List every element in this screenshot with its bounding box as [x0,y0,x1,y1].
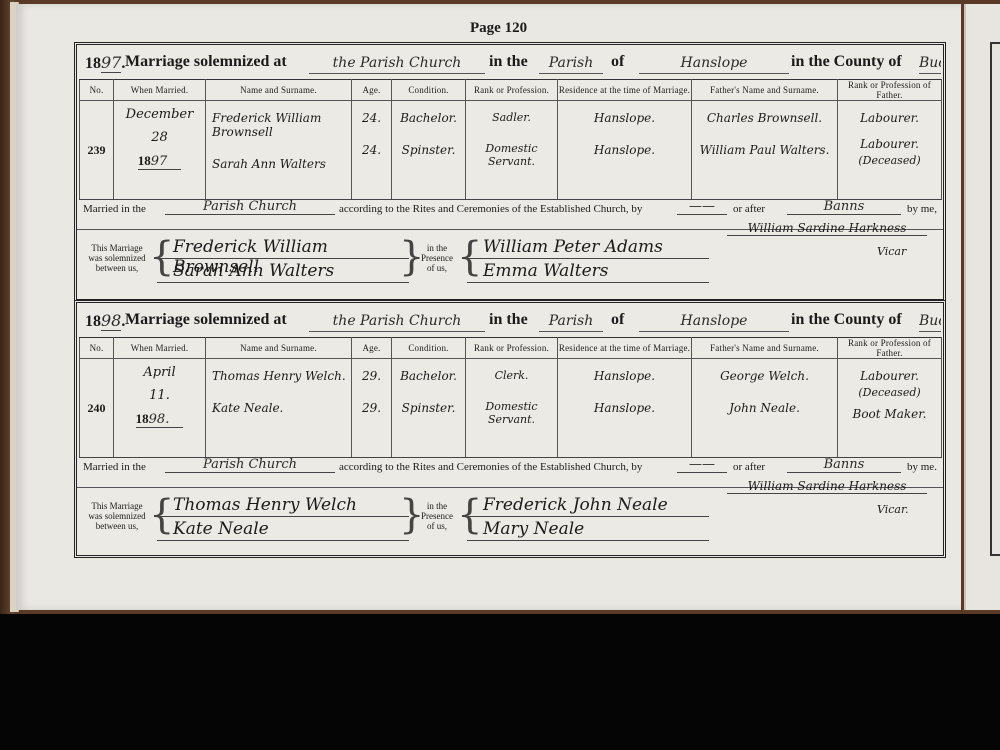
residences: Hanslope.Hanslope. [558,101,692,200]
label-or-after: or after [733,203,765,215]
column-header: No. [80,338,114,359]
column-header: Age. [352,338,392,359]
place-field: the Parish Church [309,53,485,74]
place-field: the Parish Church [309,311,485,332]
column-header: Name and Surname. [206,80,352,101]
label-of: of [611,311,624,329]
married-in-field: Parish Church [165,199,335,215]
label-by-me: by me. [907,461,937,473]
fathers: Charles Brownsell.William Paul Walters. [692,101,838,200]
groom-father: George Welch. [692,369,837,383]
label-rites: according to the Rites and Ceremonies of… [339,203,642,215]
label-married-in: Married in the [83,461,146,473]
column-header: Rank or Profession of Father. [838,80,942,101]
bride-profession: Domestic Servant. [466,400,557,426]
bride-profession: Domestic Servant. [466,142,557,168]
year: 1897 [138,153,182,170]
label-in-the: in the [489,311,528,329]
entry-year: 1897. [85,53,125,73]
groom-condition: Bachelor. [392,369,465,383]
column-header: Rank or Profession of Father. [838,338,942,359]
ages: 29.29. [352,359,392,458]
married-in-line: Married in the Parish Church according t… [83,457,937,479]
background [0,614,1000,750]
column-header: Age. [352,80,392,101]
fathers: George Welch.John Neale. [692,359,838,458]
day: 11. [149,388,170,403]
entry-number: 239 [80,101,114,200]
column-header: Residence at the time of Marriage. [558,338,692,359]
label-married-in: Married in the [83,203,146,215]
groom-father-profession: Labourer. [838,111,941,125]
bride-father-note: (Deceased) [838,155,941,167]
father-professions: Labourer. (Deceased) Boot Maker. [838,359,942,458]
register-table: No.When Married.Name and Surname.Age.Con… [79,79,942,200]
groom-profession: Sadler. [466,111,557,124]
signature-block: This Marriagewas solemnizedbetween us, {… [83,233,937,289]
marriage-entry: 1898. Marriage solemnized at the Parish … [74,300,946,558]
ages: 24.24. [352,101,392,200]
facing-page-edge [964,4,1000,610]
label-rites: according to the Rites and Ceremonies of… [339,461,642,473]
groom-residence: Hanslope. [558,111,691,125]
district-type-field: Parish [539,53,603,74]
when-married: December 28 1897 [114,101,206,200]
column-header: Rank or Profession. [466,338,558,359]
bride-age: 29. [352,401,391,415]
label-county: in the County of [791,53,902,71]
label-presence: in thePresenceof us, [417,243,457,273]
bride-residence: Hanslope. [558,401,691,415]
witness-1-signature: William Peter Adams [467,237,709,259]
county-field: Buckingham [919,53,941,74]
bride-name: Sarah Ann Walters [212,157,351,171]
label-of: of [611,53,624,71]
column-header: Condition. [392,80,466,101]
marriage-entry: 1897. Marriage solemnized at the Parish … [74,42,946,302]
groom-condition: Bachelor. [392,111,465,125]
entry-number: 240 [80,359,114,458]
label-this-marriage: This Marriagewas solemnizedbetween us, [83,243,151,273]
column-header: Residence at the time of Marriage. [558,80,692,101]
entry-title-line: 1898. Marriage solemnized at the Parish … [83,311,937,335]
witness-2-signature: Emma Walters [467,261,709,283]
names: Thomas Henry Welch.Kate Neale. [206,359,352,458]
day: 28 [151,130,168,145]
bride-condition: Spinster. [392,143,465,157]
month: December [126,107,194,122]
bride-age: 24. [352,143,391,157]
groom-age: 29. [352,369,391,383]
label-or-after: or after [733,461,765,473]
column-header: No. [80,80,114,101]
professions: Sadler.Domestic Servant. [466,101,558,200]
groom-signature: Thomas Henry Welch [157,495,409,517]
or-after-field: Banns [787,199,901,215]
entry-title-line: 1897. Marriage solemnized at the Parish … [83,53,937,77]
groom-name: Thomas Henry Welch. [212,369,351,383]
page-number: Page 120 [470,20,527,37]
year: 1898. [136,411,184,428]
bride-father: William Paul Walters. [692,143,837,157]
residences: Hanslope.Hanslope. [558,359,692,458]
groom-father-profession: Labourer. [838,369,941,383]
or-after-field: Banns [787,457,901,473]
column-header: When Married. [114,80,206,101]
groom-signature: Frederick William Brownsell [157,237,409,259]
bride-signature: Kate Neale [157,519,409,541]
label-this-marriage: This Marriagewas solemnizedbetween us, [83,501,151,531]
label-county: in the County of [791,311,902,329]
witness-2-signature: Mary Neale [467,519,709,541]
bride-name: Kate Neale. [212,401,351,415]
column-header: Rank or Profession. [466,80,558,101]
groom-profession: Clerk. [466,369,557,382]
label-solemnized: Marriage solemnized at [125,53,287,71]
district-field: Hanslope [639,311,789,332]
groom-name: Frederick William Brownsell [212,111,351,139]
professions: Clerk.Domestic Servant. [466,359,558,458]
names: Frederick William BrownsellSarah Ann Wal… [206,101,352,200]
county-field: Buckingham [919,311,941,332]
groom-residence: Hanslope. [558,369,691,383]
label-in-the: in the [489,53,528,71]
district-type-field: Parish [539,311,603,332]
conditions: Bachelor.Spinster. [392,359,466,458]
by-field: —— [677,457,727,473]
column-header: Condition. [392,338,466,359]
groom-age: 24. [352,111,391,125]
witness-1-signature: Frederick John Neale [467,495,709,517]
column-header: Name and Surname. [206,338,352,359]
married-in-line: Married in the Parish Church according t… [83,199,937,221]
father-professions: Labourer. Labourer. (Deceased) [838,101,942,200]
signature-block: This Marriagewas solemnizedbetween us, {… [83,491,937,547]
groom-father: Charles Brownsell. [692,111,837,125]
bride-father-profession: Labourer. [838,137,941,151]
bride-condition: Spinster. [392,401,465,415]
when-married: April 11. 1898. [114,359,206,458]
bride-father: John Neale. [692,401,837,415]
bride-father-profession: Boot Maker. [838,407,941,421]
entry-year: 1898. [85,311,125,331]
register-table: No.When Married.Name and Surname.Age.Con… [79,337,942,458]
bride-residence: Hanslope. [558,143,691,157]
district-field: Hanslope [639,53,789,74]
column-header: Father's Name and Surname. [692,338,838,359]
column-header: When Married. [114,338,206,359]
label-by-me: by me, [907,203,937,215]
groom-father-note: (Deceased) [838,387,941,399]
married-in-field: Parish Church [165,457,335,473]
column-header: Father's Name and Surname. [692,80,838,101]
conditions: Bachelor.Spinster. [392,101,466,200]
label-solemnized: Marriage solemnized at [125,311,287,329]
by-field: —— [677,199,727,215]
bride-signature: Sarah Ann Walters [157,261,409,283]
label-presence: in thePresenceof us, [417,501,457,531]
month: April [143,365,175,380]
